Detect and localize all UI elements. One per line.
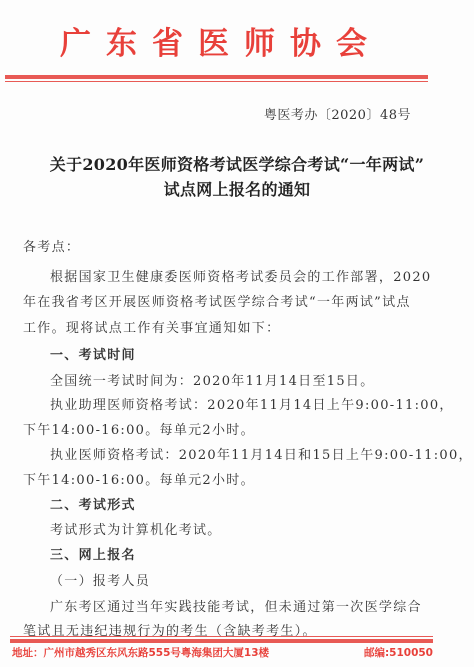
exam-time-physician-line2: 下午14:00-16:00。每单元2小时。: [23, 469, 255, 488]
exam-time-physician-line1: 执业医师资格考试：2020年11月14日和15日上午9:00-11:00，: [50, 444, 473, 463]
footer-rule-thin: [10, 636, 433, 637]
letterhead-rule-thin: [5, 81, 428, 82]
exam-time-assistant-line1: 执业助理医师资格考试：2020年11月14日上午9:00-11:00，: [50, 394, 454, 413]
document-title-line2: 试点网上报名的通知: [0, 177, 474, 200]
footer-zip-code: 邮编:510050: [364, 645, 433, 660]
salutation: 各考点：: [23, 236, 80, 255]
letterhead-rule-thick: [5, 75, 428, 79]
exam-time-national: 全国统一考试时间为：2020年11月14日至15日。: [50, 370, 375, 389]
section-heading-exam-format: 二、考试形式: [50, 494, 136, 513]
footer-address: 地址：广州市越秀区东风东路555号粤海集团大厦13楼: [12, 645, 269, 660]
section-heading-online-registration: 三、网上报名: [50, 544, 136, 563]
intro-line-1: 根据国家卫生健康委医师资格考试委员会的工作部署，2020: [50, 266, 431, 285]
intro-line-3: 工作。现将试点工作有关事宜通知如下：: [23, 317, 280, 336]
section-heading-exam-time: 一、考试时间: [50, 344, 136, 363]
footer-rule-thick: [10, 639, 433, 643]
document-number: 粤医考办〔2020〕48号: [264, 104, 411, 123]
subheading-applicants: （一）报考人员: [50, 570, 150, 589]
document-title-line1: 关于2020年医师资格考试医学综合考试“一年两试”: [0, 152, 474, 175]
exam-time-assistant-line2: 下午14:00-16:00。每单元2小时。: [23, 419, 255, 438]
exam-format-text: 考试形式为计算机化考试。: [50, 519, 222, 538]
applicants-line1: 广东考区通过当年实践技能考试，但未通过第一次医学综合: [50, 596, 422, 615]
letterhead-org-name: 广东省医师协会: [0, 24, 474, 64]
intro-line-2: 年在我省考区开展医师资格考试医学综合考试“一年两试”试点: [23, 291, 411, 310]
